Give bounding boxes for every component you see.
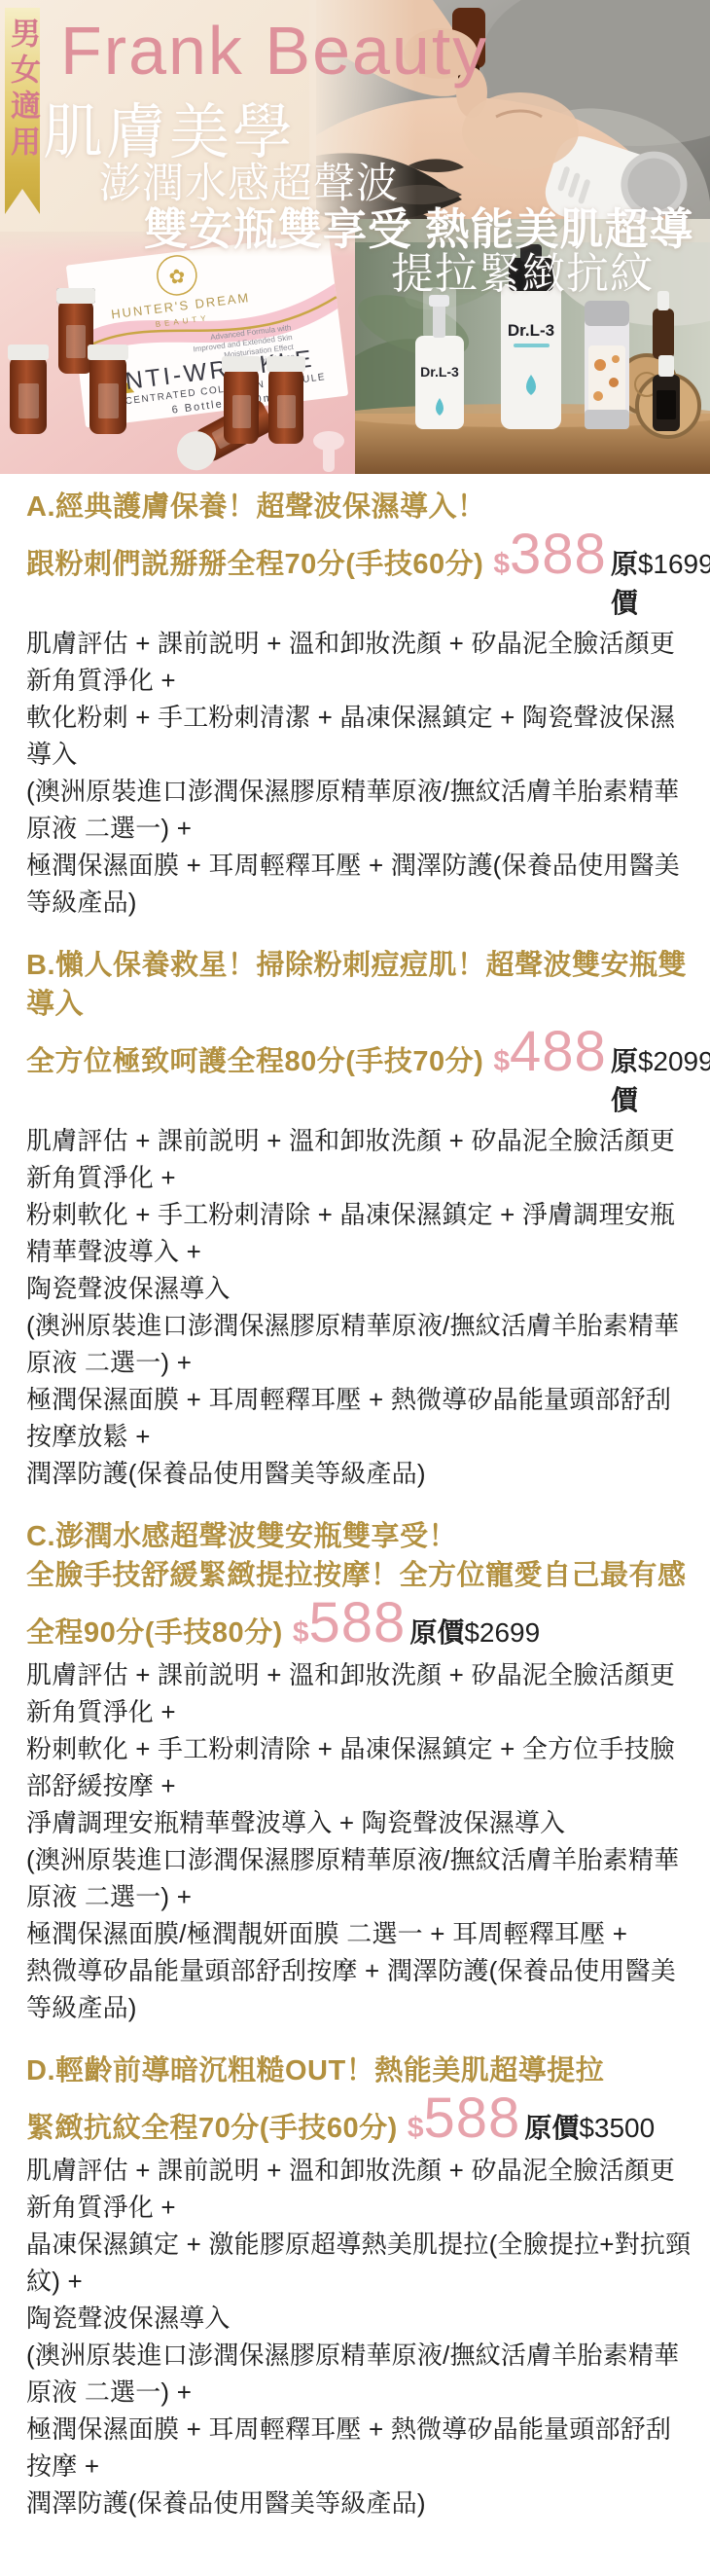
package-detail-line: 陶瓷聲波保濕導入 xyxy=(26,1270,692,1307)
package-detail-line: 極潤保濕面膜 + 耳周輕釋耳壓 + 熱微導矽晶能量頭部舒刮按摩 + xyxy=(26,2411,692,2485)
ampoule-product-photo: ✿ HUNTER'S DREAM BEAUTY Advanced Formula… xyxy=(0,232,355,474)
price-value: 588 xyxy=(424,2090,521,2147)
price-currency: $ xyxy=(293,1616,309,1650)
package-detail-line: 肌膚評估 + 課前説明 + 溫和卸妝洗顏 + 矽晶泥全臉活顏更新角質淨化 + xyxy=(26,625,692,699)
original-price-label: 原價 xyxy=(611,1040,638,1118)
package-price-row: 緊緻抗紋全程70分(手技60分)$588原價$3500 xyxy=(26,2090,692,2148)
package-title-line: C.澎潤水感超聲波雙安瓶雙享受！ xyxy=(26,1517,692,1556)
package-detail-line: 極潤保濕面膜 + 耳周輕釋耳壓 + 熱微導矽晶能量頭部舒刮按摩放鬆 + xyxy=(26,1381,692,1455)
package-detail-line: 肌膚評估 + 課前説明 + 溫和卸妝洗顏 + 矽晶泥全臉活顏更新角質淨化 + xyxy=(26,2152,692,2226)
package-detail-line: (澳洲原裝進口澎潤保濕膠原精華原液/撫紋活膚羊胎素精華原液 二選一) + xyxy=(26,1307,692,1381)
package-detail-line: 極潤保濕面膜/極潤靚妍面膜 二選一 + 耳周輕釋耳壓 + xyxy=(26,1915,692,1952)
bottle-label: Dr.L-3 xyxy=(420,364,459,380)
original-price-label: 原價 xyxy=(409,1612,464,1651)
package-detail-line: 極潤保濕面膜 + 耳周輕釋耳壓 + 潤澤防護(保養品使用醫美等級產品) xyxy=(26,847,692,921)
audience-badge: 男女適用 xyxy=(5,18,40,162)
package-title-line: 全臉手技舒緩緊緻提拉按摩！全方位寵愛自己最有感 xyxy=(26,1556,692,1595)
original-price-label: 原價 xyxy=(524,2107,579,2146)
flower-logo-icon: ✿ xyxy=(167,266,186,289)
original-price-label: 原價 xyxy=(611,543,638,621)
price-value: 588 xyxy=(309,1595,407,1651)
package-title-line: B.懶人保養救星！掃除粉刺痘痘肌！超聲波雙安瓶雙導入 xyxy=(26,946,692,1024)
package-detail-line: (澳洲原裝進口澎潤保濕膠原精華原液/撫紋活膚羊胎素精華原液 二選一) + xyxy=(26,773,692,847)
package-detail-line: 肌膚評估 + 課前説明 + 溫和卸妝洗顏 + 矽晶泥全臉活顏更新角質淨化 + xyxy=(26,1122,692,1196)
price-value: 388 xyxy=(510,526,607,583)
package-detail-line: 淨膚調理安瓶精華聲波導入 + 陶瓷聲波保濕導入 xyxy=(26,1804,692,1841)
package-duration-line: 緊緻抗紋全程70分(手技60分) xyxy=(26,2109,398,2148)
package-detail-line: 粉刺軟化 + 手工粉刺清除 + 晶凍保濕鎮定 + 全方位手技臉部舒緩按摩 + xyxy=(26,1730,692,1804)
original-price-value: $1699 xyxy=(638,549,710,580)
original-price-value: $2099 xyxy=(638,1046,710,1077)
brand-name: Frank Beauty xyxy=(60,12,488,90)
serum-bottle xyxy=(585,301,629,429)
package-detail-line: 熱微導矽晶能量頭部舒刮按摩 + 潤澤防護(保養品使用醫美等級產品) xyxy=(26,1952,692,2026)
package-detail-line: 陶瓷聲波保濕導入 xyxy=(26,2300,692,2337)
package-detail-line: (澳洲原裝進口澎潤保濕膠原精華原液/撫紋活膚羊胎素精華原液 二選一) + xyxy=(26,2337,692,2411)
package-section-D: D.輕齡前導暗沉粗糙OUT！熱能美肌超導提拉緊緻抗紋全程70分(手技60分)$5… xyxy=(26,2051,692,2522)
package-duration-line: 全方位極致呵護全程80分(手技70分) xyxy=(26,1042,483,1081)
package-duration-line: 全程90分(手技80分) xyxy=(26,1614,283,1652)
package-detail-line: 粉刺軟化 + 手工粉刺清除 + 晶凍保濕鎮定 + 淨膚調理安瓶精華聲波導入 + xyxy=(26,1196,692,1270)
hero-subtitle-3: 提拉緊緻抗紋 xyxy=(391,238,654,301)
package-price-row: 全程90分(手技80分)$588原價$2699 xyxy=(26,1595,692,1652)
packages: A.經典護膚保養！超聲波保濕導入！跟粉刺們説掰掰全程70分(手技60分)$388… xyxy=(0,474,710,2576)
price-currency: $ xyxy=(493,1045,510,1078)
promo-flyer: ✿ HUNTER'S DREAM BEAUTY Advanced Formula… xyxy=(0,0,710,2576)
package-detail-line: 晶凍保濕鎮定 + 激能膠原超導熱美肌提拉(全臉提拉+對抗頸紋) + xyxy=(26,2226,692,2300)
price-currency: $ xyxy=(408,2112,424,2145)
hero-banner: ✿ HUNTER'S DREAM BEAUTY Advanced Formula… xyxy=(0,0,710,474)
package-price-row: 跟粉刺們説掰掰全程70分(手技60分)$388原價$1699 xyxy=(26,526,692,621)
price-value: 488 xyxy=(510,1024,607,1080)
package-section-A: A.經典護膚保養！超聲波保濕導入！跟粉刺們説掰掰全程70分(手技60分)$388… xyxy=(26,488,692,921)
package-detail-line: 軟化粉刺 + 手工粉刺清潔 + 晶凍保濕鎮定 + 陶瓷聲波保濕導入 xyxy=(26,699,692,773)
package-detail-line: 肌膚評估 + 課前説明 + 溫和卸妝洗顏 + 矽晶泥全臉活顏更新角質淨化 + xyxy=(26,1656,692,1730)
bottle-label: Dr.L-3 xyxy=(508,321,554,340)
package-price-row: 全方位極致呵護全程80分(手技70分)$488原價$2099 xyxy=(26,1024,692,1118)
package-detail-line: 潤澤防護(保養品使用醫美等級產品) xyxy=(26,2485,692,2522)
package-title-line: A.經典護膚保養！超聲波保濕導入！ xyxy=(26,488,692,526)
original-price-value: $3500 xyxy=(579,2113,655,2144)
package-duration-line: 跟粉刺們説掰掰全程70分(手技60分) xyxy=(26,545,483,584)
package-section-B: B.懶人保養救星！掃除粉刺痘痘肌！超聲波雙安瓶雙導入全方位極致呵護全程80分(手… xyxy=(26,946,692,1492)
package-detail-line: (澳洲原裝進口澎潤保濕膠原精華原液/撫紋活膚羊胎素精華原液 二選一) + xyxy=(26,1841,692,1915)
package-detail-line: 潤澤防護(保養品使用醫美等級產品) xyxy=(26,1455,692,1492)
price-currency: $ xyxy=(493,548,510,581)
package-section-C: C.澎潤水感超聲波雙安瓶雙享受！全臉手技舒緩緊緻提拉按摩！全方位寵愛自己最有感全… xyxy=(26,1517,692,2026)
original-price-value: $2699 xyxy=(464,1617,540,1649)
package-title-line: D.輕齡前導暗沉粗糙OUT！熱能美肌超導提拉 xyxy=(26,2051,692,2090)
